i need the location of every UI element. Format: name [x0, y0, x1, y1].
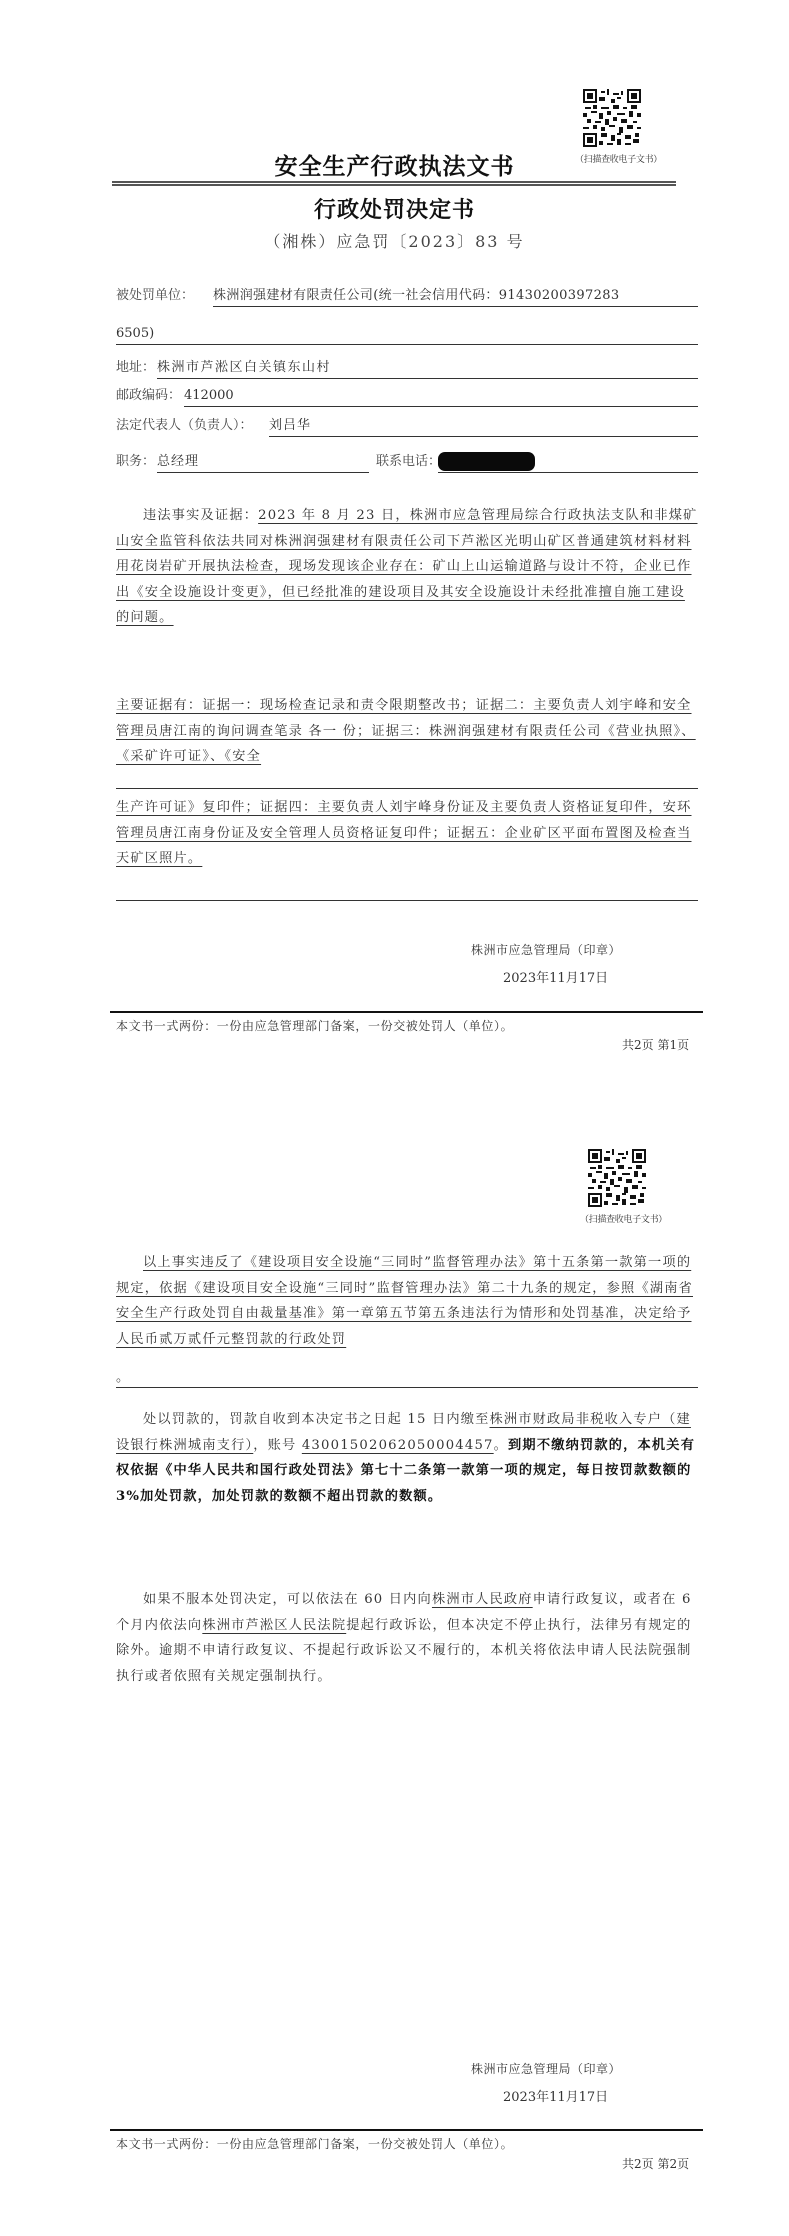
footer-rule: [110, 2129, 703, 2131]
issue-date: 2023年11月17日: [503, 967, 608, 986]
field-underline: [269, 436, 698, 437]
evidence-underline-end: [116, 900, 698, 901]
penalized-unit-value: 株洲润强建材有限责任公司(统一社会信用代码：91430200397283: [213, 284, 619, 303]
violation-facts-text: 2023 年 8 月 23 日，株洲市应急管理局综合行政执法支队和非煤矿山安全监…: [116, 508, 698, 625]
document-series-title: 安全生产行政执法文书: [0, 148, 789, 181]
legal-representative-field: 法定代表人（负责人）： 刘吕华: [116, 413, 698, 437]
violation-facts-label: 违法事实及证据：: [143, 508, 258, 523]
title-double-rule: [112, 181, 676, 186]
position-phone-field: 职务： 总经理 联系电话：: [116, 449, 698, 473]
evidence-text: 主要证据有：证据一：现场检查记录和责令限期整改书；证据二：主要负责人刘宇峰和安全…: [116, 698, 696, 764]
bank-account-number: 43001502062050004457: [302, 1438, 494, 1453]
page-number: 共2页 第1页: [622, 1036, 689, 1053]
penalized-unit-value-cont: 6505): [116, 326, 154, 341]
field-underline: [213, 306, 698, 307]
evidence-paragraph-cont: 生产许可证》复印件；证据四：主要负责人刘宇峰身份证及主要负责人资格证复印件，安环…: [116, 795, 698, 872]
payment-text-1: 处以罚款的，罚款自收到本决定书之日起 15 日内缴至: [143, 1412, 490, 1427]
address-field: 地址： 株洲市芦淞区白关镇东山村: [116, 355, 698, 379]
address-value: 株洲市芦淞区白关镇东山村: [157, 356, 331, 375]
legal-representative-value: 刘吕华: [269, 414, 311, 433]
document-title: 行政处罚决定书: [0, 193, 789, 224]
evidence-paragraph: 主要证据有：证据一：现场检查记录和责令限期整改书；证据二：主要负责人刘宇峰和安全…: [116, 693, 698, 770]
position-label: 职务：: [116, 450, 155, 469]
footer-note: 本文书一式两份：一份由应急管理部门备案，一份交被处罚人（单位）。: [116, 1017, 513, 1034]
qr-caption: （扫描查收电子文书）: [580, 1212, 667, 1225]
issue-date: 2023年11月17日: [503, 2086, 608, 2105]
footer-note: 本文书一式两份：一份由应急管理部门备案，一份交被处罚人（单位）。: [116, 2135, 513, 2152]
payment-text-2: ，账号: [253, 1438, 302, 1453]
penalized-unit-field: 被处罚单位： 株洲润强建材有限责任公司(统一社会信用代码：91430200397…: [116, 283, 698, 307]
issuer-seal: 株洲市应急管理局（印章）: [471, 2060, 621, 2077]
appeal-text-1: 如果不服本处罚决定，可以依法在 60 日内向: [143, 1592, 432, 1607]
penalized-unit-field-cont: 6505): [116, 321, 698, 345]
litigation-court: 株洲市芦淞区人民法院: [202, 1618, 346, 1633]
payment-paragraph: 处以罚款的，罚款自收到本决定书之日起 15 日内缴至株洲市财政局非税收入专户（建…: [116, 1407, 698, 1509]
field-underline: [438, 472, 698, 473]
issuer-seal: 株洲市应急管理局（印章）: [471, 941, 621, 958]
field-underline: [184, 406, 698, 407]
phone-label: 联系电话：: [376, 450, 441, 469]
legal-basis-paragraph: 以上事实违反了《建设项目安全设施“三同时”监督管理办法》第十五条第一款第一项的规…: [116, 1250, 698, 1352]
document-number: （湘株）应急罚〔2023〕83 号: [0, 229, 789, 252]
appeal-paragraph: 如果不服本处罚决定，可以依法在 60 日内向株洲市人民政府申请行政复议，或者在 …: [116, 1587, 698, 1689]
evidence-text-cont: 生产许可证》复印件；证据四：主要负责人刘宇峰身份证及主要负责人资格证复印件，安环…: [116, 800, 692, 866]
reconsideration-authority: 株洲市人民政府: [432, 1592, 533, 1607]
qr-code-icon[interactable]: [588, 1147, 646, 1209]
phone-redacted: [438, 452, 535, 471]
field-underline: [157, 378, 698, 379]
legal-representative-label: 法定代表人（负责人）：: [116, 414, 253, 433]
address-label: 地址：: [116, 356, 155, 375]
position-value: 总经理: [157, 450, 199, 469]
legal-basis-underline: [116, 1387, 698, 1388]
violation-facts-paragraph: 违法事实及证据：2023 年 8 月 23 日，株洲市应急管理局综合行政执法支队…: [116, 503, 698, 631]
legal-basis-text: 以上事实违反了《建设项目安全设施“三同时”监督管理办法》第十五条第一款第一项的规…: [116, 1255, 693, 1347]
field-underline: [157, 472, 369, 473]
evidence-underline: [116, 788, 698, 789]
legal-basis-end-mark: 。: [116, 1370, 130, 1385]
penalized-unit-label: 被处罚单位：: [116, 284, 194, 303]
footer-rule: [110, 1011, 703, 1013]
field-underline: [116, 344, 698, 345]
payment-text-3: 。: [494, 1438, 508, 1453]
postcode-value: 412000: [184, 388, 234, 403]
postcode-field: 邮政编码： 412000: [116, 383, 698, 407]
page-number: 共2页 第2页: [622, 2155, 689, 2172]
qr-code-icon[interactable]: [583, 87, 641, 149]
postcode-label: 邮政编码：: [116, 384, 181, 403]
